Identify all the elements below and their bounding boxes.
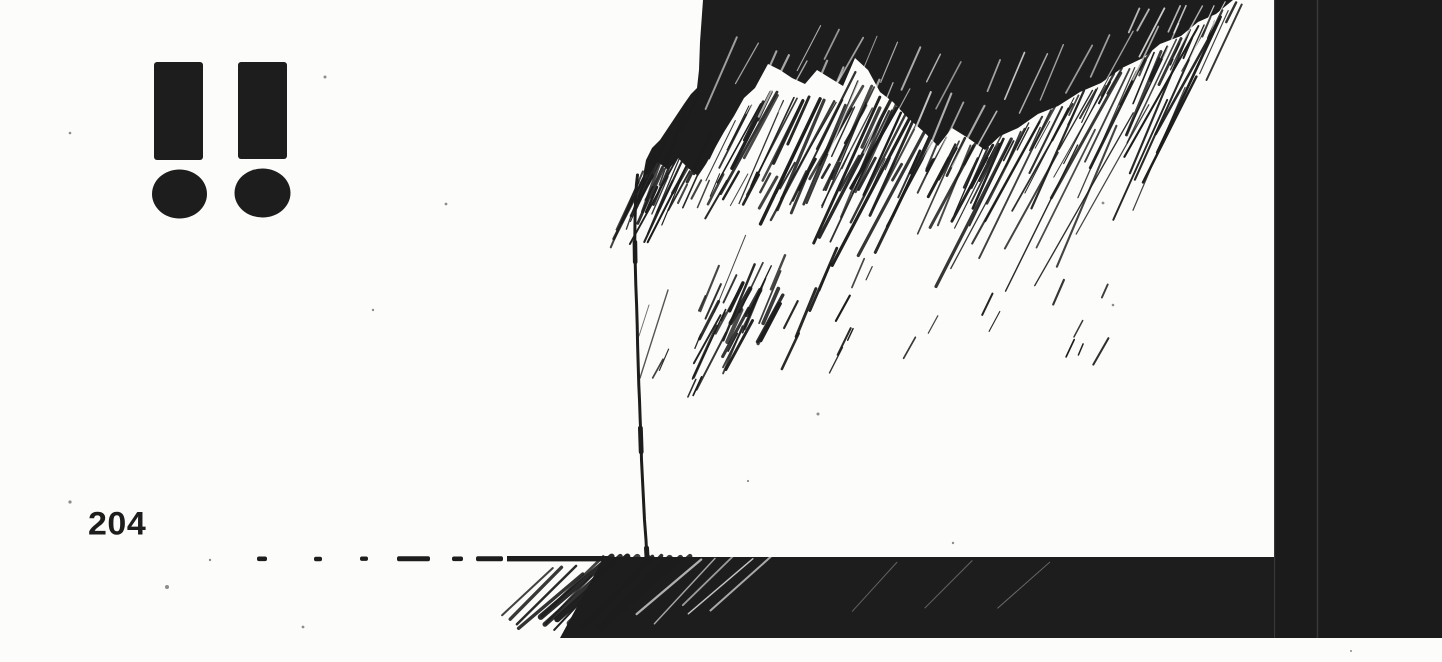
exclamation-dot <box>235 169 291 218</box>
ink-speck <box>1112 304 1115 307</box>
ink-speck <box>302 626 305 629</box>
solid-border-segment <box>507 556 609 561</box>
ink-speck <box>1102 202 1105 205</box>
ink-speck <box>747 480 749 482</box>
exclamation-marks-icon <box>152 62 291 219</box>
dashed-border-segment <box>257 557 267 562</box>
dashed-border-segment <box>476 556 503 561</box>
dashed-border-segment <box>360 557 368 561</box>
dashed-border-segment <box>452 557 463 562</box>
ink-speck <box>68 500 71 503</box>
ink-speck <box>1350 650 1352 652</box>
exclamation-dot <box>152 170 207 219</box>
ink-speck <box>817 413 820 416</box>
ink-speck <box>445 203 448 206</box>
dashed-border-segment <box>314 557 322 561</box>
motion-line-branch <box>640 290 668 378</box>
ink-speck <box>69 132 72 135</box>
falling-motion-line <box>635 175 668 557</box>
right-margin-band <box>1274 0 1442 638</box>
exclamation-bar <box>154 62 203 160</box>
panel-artwork <box>0 0 1442 662</box>
ink-speck <box>372 309 374 311</box>
ink-speck <box>209 559 211 561</box>
panel-bottom-border <box>257 556 609 561</box>
scanned-manga-page: 204 <box>0 0 1442 662</box>
ink-speck <box>952 542 954 544</box>
ink-speck <box>634 214 636 216</box>
ink-speck <box>165 585 169 589</box>
page-number: 204 <box>88 508 146 540</box>
exclamation-bar <box>238 62 287 159</box>
ink-speck <box>324 76 327 79</box>
dashed-border-segment <box>397 556 430 561</box>
